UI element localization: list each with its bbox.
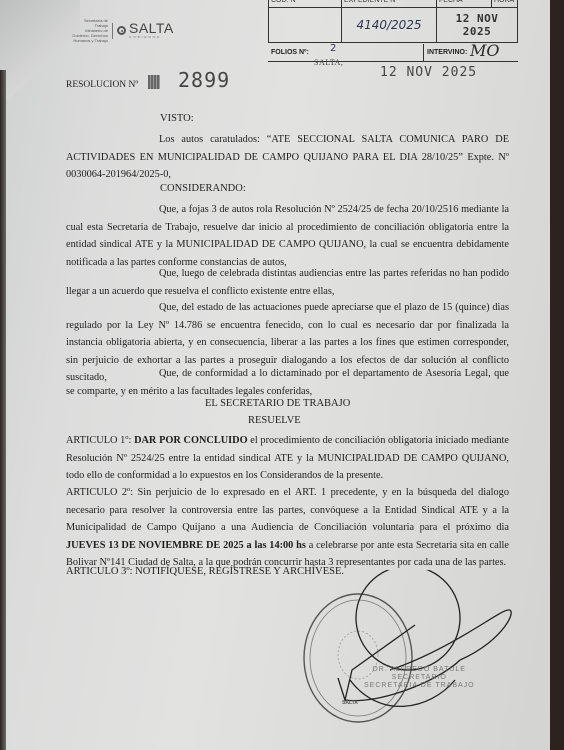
place-label: SALTA, xyxy=(314,58,343,67)
article-bold: DAR POR CONCLUIDO xyxy=(134,435,248,446)
background-edge xyxy=(550,0,564,750)
article-text: el procedimiento de conciliación obligat… xyxy=(66,435,509,481)
letterhead-logo: Secretaría de Trabajo Ministerio de Gobi… xyxy=(68,18,174,43)
article-label: ARTICULO 3º: xyxy=(66,566,133,577)
considerando-paragraph-4: Que, de conformidad a lo dictaminado por… xyxy=(66,365,509,400)
paragraph-text: Que, de conformidad a lo dictaminado por… xyxy=(66,368,509,397)
article-1: ARTICULO 1º: DAR POR CONCLUIDO el proced… xyxy=(66,432,509,485)
authority-heading: EL SECRETARIO DE TRABAJO xyxy=(205,398,350,409)
stamp-col-hora: HORA xyxy=(492,0,518,8)
stamp-col-cod: COD. Nº xyxy=(269,0,342,8)
intervino-label: INTERVINO: xyxy=(427,49,467,56)
logo-divider xyxy=(112,23,113,39)
visto-heading: VISTO: xyxy=(160,113,194,124)
stamp-cod-value xyxy=(269,8,342,43)
stamp-expediente-value: 4140/2025 xyxy=(342,8,437,43)
stamp-date: 12 NOV 2025 xyxy=(456,12,499,38)
sun-emblem-icon xyxy=(117,26,126,35)
stamp-col-expediente: EXPEDIENTE Nº xyxy=(342,0,437,8)
signatory-office: SECRETARIA DE TRABAJO xyxy=(364,682,475,690)
considerando-heading: CONSIDERANDO: xyxy=(160,183,246,194)
visto-paragraph: Los autos caratulados: “ATE SECCIONAL SA… xyxy=(66,131,509,184)
article-bold: JUEVES 13 DE NOVIEMBRE DE 2025 a las 14:… xyxy=(66,540,306,551)
resolution-number: 2899 xyxy=(178,68,230,92)
considerando-paragraph-2: Que, luego de celebrada distintas audien… xyxy=(66,265,509,300)
folios-row: FOLIOS Nº: 2 INTERVINO: MO xyxy=(268,44,518,62)
intervino-initials: MO xyxy=(470,41,500,60)
page-shadow-left xyxy=(0,70,6,750)
reception-stamp-table: COD. Nº EXPEDIENTE Nº FECHA HORA 4140/20… xyxy=(268,0,518,43)
visto-text: Los autos caratulados: “ATE SECCIONAL SA… xyxy=(66,134,509,180)
salta-brand: SALTA GOBIERNO xyxy=(117,22,174,39)
article-2: ARTICULO 2º: Sin perjuicio de lo expresa… xyxy=(66,484,509,572)
logo-line: Humanos y Trabajo xyxy=(68,38,108,43)
logo-ministry-text: Secretaría de Trabajo Ministerio de Gobi… xyxy=(68,18,108,43)
article-label: ARTICULO 2º: xyxy=(66,487,133,498)
paragraph-text: Que, a fojas 3 de autos rola Resolución … xyxy=(66,204,509,268)
article-label: ARTICULO 1º: xyxy=(66,435,131,446)
folios-value: 2 xyxy=(330,43,336,54)
stamp-col-fecha: FECHA xyxy=(437,0,492,8)
seal-city: SALTA xyxy=(342,700,358,706)
article-text: Sin perjuicio de lo expresado en el ART.… xyxy=(66,487,509,533)
considerando-paragraph-1: Que, a fojas 3 de autos rola Resolución … xyxy=(66,201,509,271)
signatory-name: DR. ALFREDO BATULE xyxy=(364,666,475,674)
stamp-date-value: 12 NOV 2025 xyxy=(437,8,518,43)
date-stamp: 12 NOV 2025 xyxy=(380,65,477,80)
official-seal-and-signature xyxy=(290,570,540,740)
paragraph-text: Que, luego de celebrada distintas audien… xyxy=(66,268,509,297)
resolution-label: RESOLUCION Nº xyxy=(66,80,138,90)
official-seal-icon xyxy=(304,594,412,722)
signatory-block: DR. ALFREDO BATULE SECRETARIO SECRETARIA… xyxy=(364,666,475,690)
resuelve-heading: RESUELVE xyxy=(248,415,301,426)
document-page: Secretaría de Trabajo Ministerio de Gobi… xyxy=(0,0,552,750)
signatory-title: SECRETARIO xyxy=(364,674,475,682)
expediente-handwritten: 4140/2025 xyxy=(356,18,421,32)
folios-divider xyxy=(423,44,424,61)
stamp-smudge xyxy=(148,75,160,89)
brand-name: SALTA xyxy=(129,22,174,35)
folios-underline xyxy=(268,61,518,62)
folios-label: FOLIOS Nº: xyxy=(271,49,309,56)
